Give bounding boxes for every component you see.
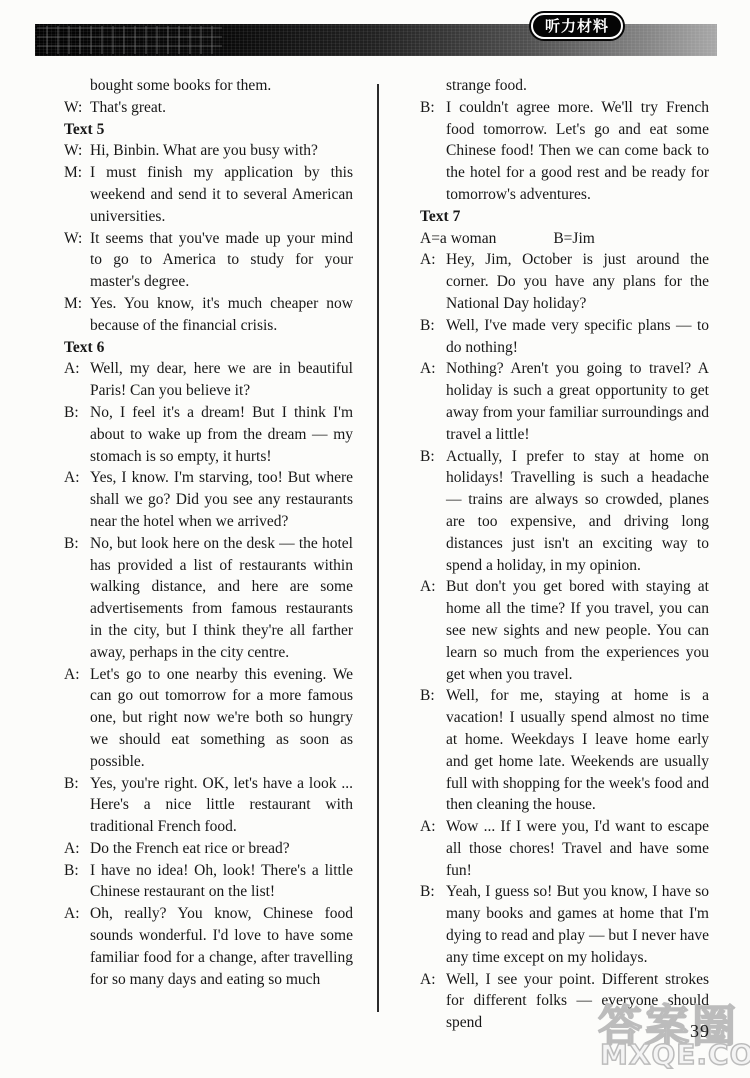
line-text: But don't you get bored with staying at … [446, 578, 709, 682]
line-text: Hi, Binbin. What are you busy with? [90, 142, 318, 159]
speaker-label: A: [420, 816, 446, 838]
speaker-label: B: [420, 685, 446, 707]
speaker-label: A: [420, 969, 446, 991]
speaker-label: B: [64, 860, 90, 882]
line-text: Let's go to one nearby this evening. We … [90, 666, 353, 770]
line-text: Yes, I know. I'm starving, too! But wher… [90, 469, 353, 530]
speaker-label: M: [64, 162, 90, 184]
dialogue-line: A:Yes, I know. I'm starving, too! But wh… [64, 467, 353, 532]
speaker-label: A: [420, 358, 446, 380]
section-heading: Text 6 [64, 337, 353, 359]
dialogue-line: W:That's great. [64, 97, 353, 119]
speaker-label: B: [420, 446, 446, 468]
section-heading: Text 5 [64, 119, 353, 141]
cast-line: A=a womanB=Jim [420, 228, 709, 250]
badge-label: 听力材料 [545, 19, 609, 34]
line-text: Wow ... If I were you, I'd want to escap… [446, 818, 709, 879]
line-text: Yeah, I guess so! But you know, I have s… [446, 883, 709, 965]
section-heading: Text 7 [420, 206, 709, 228]
speaker-label: A: [420, 249, 446, 271]
line-text: No, I feel it's a dream! But I think I'm… [90, 404, 353, 465]
speaker-label: A: [64, 903, 90, 925]
speaker-label: B: [64, 533, 90, 555]
cast-part: B=Jim [553, 228, 594, 250]
speaker-label: A: [64, 838, 90, 860]
speaker-label: B: [64, 402, 90, 424]
line-text: Well, my dear, here we are in beautiful … [90, 360, 353, 399]
dialogue-line: B:I have no idea! Oh, look! There's a li… [64, 860, 353, 904]
dialogue-line: A:Hey, Jim, October is just around the c… [420, 249, 709, 314]
cast-part: A=a woman [420, 228, 496, 250]
speaker-label: A: [64, 664, 90, 686]
dialogue-line: B:Yes, you're right. OK, let's have a lo… [64, 773, 353, 838]
listening-material-badge: 听力材料 [531, 13, 623, 39]
dialogue-line: B:No, I feel it's a dream! But I think I… [64, 402, 353, 467]
scanned-page: 听力材料 bought some books for them.W:That's… [0, 0, 750, 1078]
column-right: strange food.B:I couldn't agree more. We… [420, 75, 709, 1034]
dialogue-line: A:Well, I see your point. Different stro… [420, 969, 709, 1034]
dialogue-line: W:It seems that you've made up your mind… [64, 228, 353, 293]
speaker-label: B: [420, 881, 446, 903]
speaker-label: W: [64, 140, 90, 162]
line-text: I couldn't agree more. We'll try French … [446, 99, 709, 203]
dialogue-line: A:Well, my dear, here we are in beautifu… [64, 358, 353, 402]
dialogue-line: M:Yes. You know, it's much cheaper now b… [64, 293, 353, 337]
line-text: Oh, really? You know, Chinese food sound… [90, 905, 353, 987]
dialogue-line: B:Actually, I prefer to stay at home on … [420, 446, 709, 577]
dialogue-line: A:Do the French eat rice or bread? [64, 838, 353, 860]
dialogue-line: B:Well, I've made very specific plans — … [420, 315, 709, 359]
line-text: Do the French eat rice or bread? [90, 840, 290, 857]
speaker-label: W: [64, 228, 90, 250]
line-text: Hey, Jim, October is just around the cor… [446, 251, 709, 312]
line-text: I have no idea! Oh, look! There's a litt… [90, 862, 353, 901]
speaker-label: A: [64, 467, 90, 489]
line-text: It seems that you've made up your mind t… [90, 230, 353, 291]
speaker-label: B: [64, 773, 90, 795]
line-text: Well, I've made very specific plans — to… [446, 317, 709, 356]
line-text: Yes. You know, it's much cheaper now bec… [90, 295, 353, 334]
watermark-site: MXQE.COM [600, 1038, 750, 1071]
continuation-line: strange food. [420, 75, 709, 97]
speaker-label: A: [420, 576, 446, 598]
page-number: 39 [690, 1021, 710, 1042]
line-text: Well, for me, staying at home is a vacat… [446, 687, 709, 813]
line-text: No, but look here on the desk — the hote… [90, 535, 353, 661]
column-divider [377, 84, 379, 1012]
dialogue-line: A:Nothing? Aren't you going to travel? A… [420, 358, 709, 445]
dialogue-line: B:Well, for me, staying at home is a vac… [420, 685, 709, 816]
dialogue-line: A:Let's go to one nearby this evening. W… [64, 664, 353, 773]
dialogue-line: M:I must finish my application by this w… [64, 162, 353, 227]
continuation-line: bought some books for them. [64, 75, 353, 97]
line-text: That's great. [90, 99, 166, 116]
speaker-label: B: [420, 97, 446, 119]
speaker-label: M: [64, 293, 90, 315]
speaker-label: W: [64, 97, 90, 119]
line-text: Nothing? Aren't you going to travel? A h… [446, 360, 709, 442]
line-text: I must finish my application by this wee… [90, 164, 353, 225]
speaker-label: B: [420, 315, 446, 337]
line-text: Actually, I prefer to stay at home on ho… [446, 448, 709, 574]
dialogue-line: W:Hi, Binbin. What are you busy with? [64, 140, 353, 162]
dialogue-line: A:Wow ... If I were you, I'd want to esc… [420, 816, 709, 881]
line-text: Well, I see your point. Different stroke… [446, 971, 709, 1032]
dialogue-line: A:But don't you get bored with staying a… [420, 576, 709, 685]
column-left: bought some books for them.W:That's grea… [64, 75, 353, 990]
speaker-label: A: [64, 358, 90, 380]
dialogue-line: A:Oh, really? You know, Chinese food sou… [64, 903, 353, 990]
dialogue-line: B:I couldn't agree more. We'll try Frenc… [420, 97, 709, 206]
dialogue-line: B:No, but look here on the desk — the ho… [64, 533, 353, 664]
line-text: Yes, you're right. OK, let's have a look… [90, 775, 353, 836]
dialogue-line: B:Yeah, I guess so! But you know, I have… [420, 881, 709, 968]
